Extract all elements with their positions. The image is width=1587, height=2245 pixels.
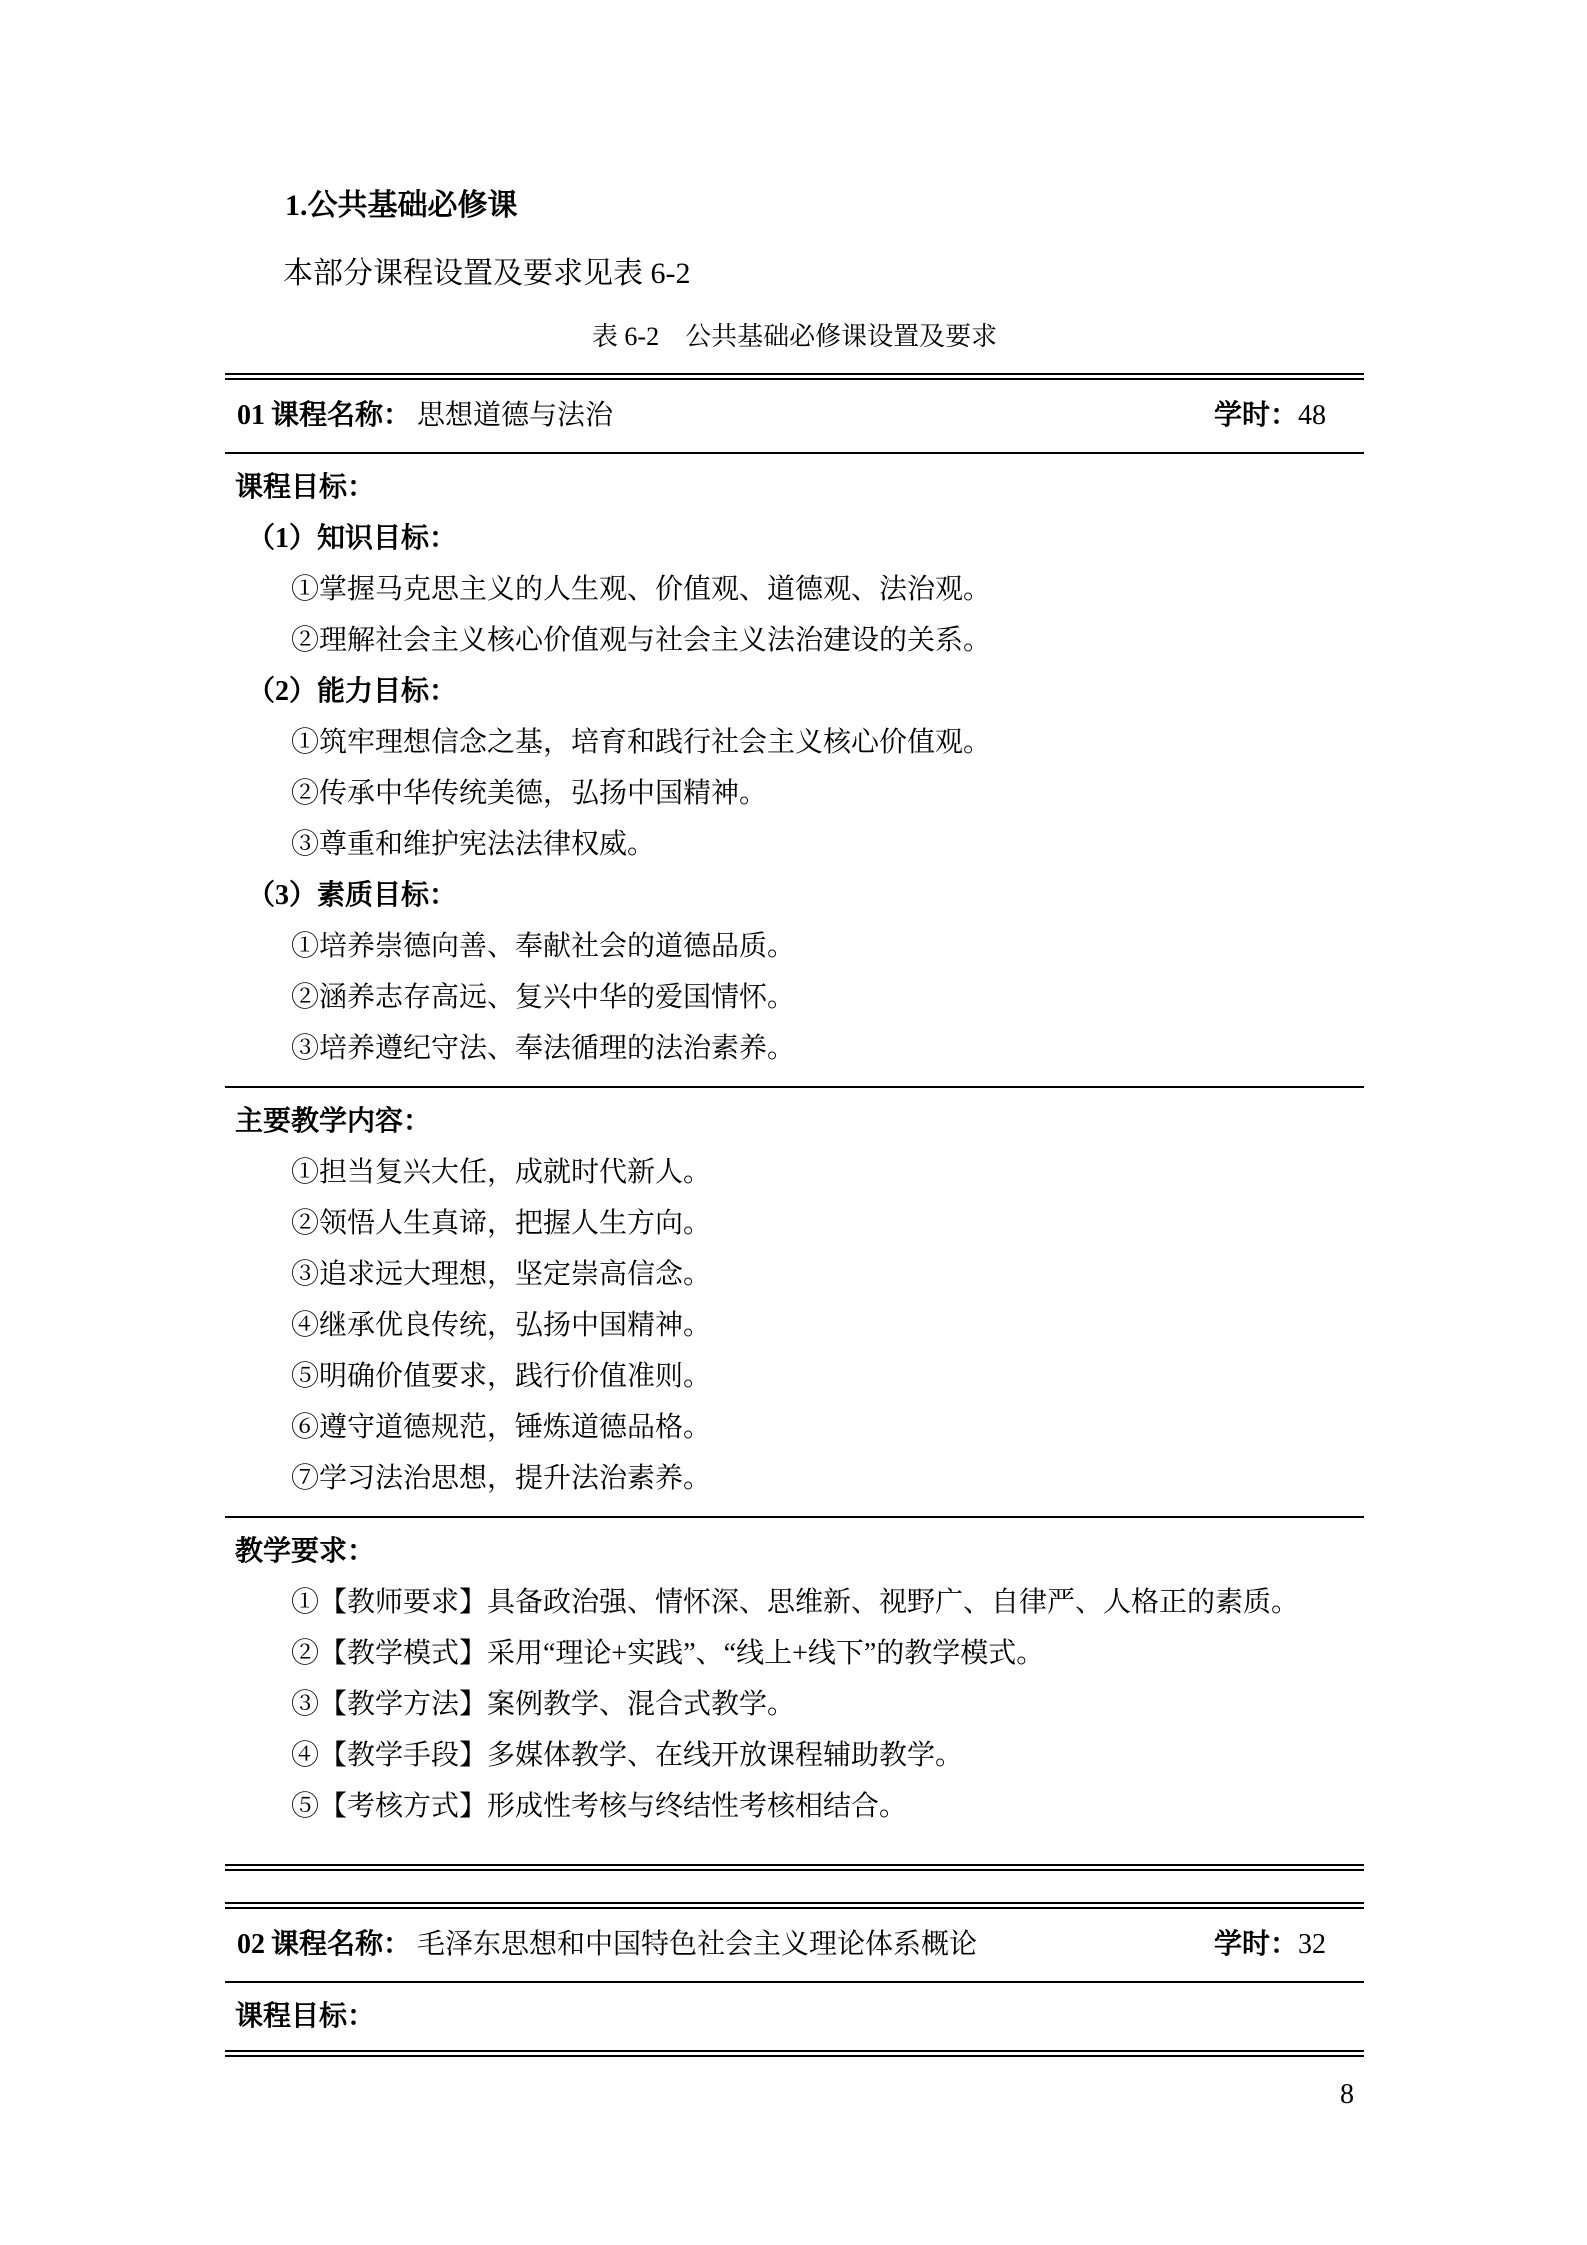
list-item: ②领悟人生真谛，把握人生方向。 xyxy=(225,1198,1364,1249)
section-heading: 1.公共基础必修课 xyxy=(285,186,518,226)
hours-value: 48 xyxy=(1298,400,1326,431)
list-item: ①掌握马克思主义的人生观、价值观、道德观、法治观。 xyxy=(225,564,1364,615)
course-title: 02课程名称：毛泽东思想和中国特色社会主义理论体系概论 xyxy=(237,1924,983,1966)
document-page: 1.公共基础必修课 本部分课程设置及要求见表 6-2 表 6-2 公共基础必修课… xyxy=(0,0,1587,2245)
list-item: ②理解社会主义核心价值观与社会主义法治建设的关系。 xyxy=(225,615,1364,666)
course-name: 毛泽东思想和中国特色社会主义理论体系概论 xyxy=(417,1929,977,1960)
content-section: 主要教学内容： ①担当复兴大任，成就时代新人。②领悟人生真谛，把握人生方向。③追… xyxy=(225,1088,1364,1516)
objective-group-title: （2）能力目标： xyxy=(225,666,1364,717)
list-item: ②【教学模式】采用“理论+实践”、“线上+线下”的教学模式。 xyxy=(225,1628,1364,1679)
objective-group-title: （1）知识目标： xyxy=(225,513,1364,564)
objectives-title: 课程目标： xyxy=(225,1991,1364,2042)
course-name-label: 课程名称： xyxy=(271,1929,411,1960)
objective-groups: （1）知识目标：①掌握马克思主义的人生观、价值观、道德观、法治观。②理解社会主义… xyxy=(225,513,1364,1074)
list-item: ①【教师要求】具备政治强、情怀深、思维新、视野广、自律严、人格正的素质。 xyxy=(225,1577,1364,1628)
course-header-row: 02课程名称：毛泽东思想和中国特色社会主义理论体系概论 学时：32 xyxy=(225,1909,1364,1981)
course-hours: 学时：48 xyxy=(1214,395,1326,437)
table-caption: 表 6-2 公共基础必修课设置及要求 xyxy=(225,320,1364,354)
requirements-title: 教学要求： xyxy=(225,1526,1364,1577)
list-item: ②传承中华传统美德，弘扬中国精神。 xyxy=(225,768,1364,819)
list-item: ③尊重和维护宪法法律权威。 xyxy=(225,819,1364,870)
table-top-border xyxy=(225,373,1364,380)
content-items: ①担当复兴大任，成就时代新人。②领悟人生真谛，把握人生方向。③追求远大理想，坚定… xyxy=(225,1147,1364,1504)
requirement-items: ①【教师要求】具备政治强、情怀深、思维新、视野广、自律严、人格正的素质。②【教学… xyxy=(225,1577,1364,1832)
objective-group: （3）素质目标：①培养崇德向善、奉献社会的道德品质。②涵养志存高远、复兴中华的爱… xyxy=(225,870,1364,1074)
table-bottom-border xyxy=(225,1864,1364,1871)
list-item: ⑥遵守道德规范，锤炼道德品格。 xyxy=(225,1402,1364,1453)
course-header-row: 01课程名称：思想道德与法治 学时：48 xyxy=(225,380,1364,452)
course-hours: 学时：32 xyxy=(1214,1924,1326,1966)
course-number: 02 xyxy=(237,1929,265,1960)
objectives-title: 课程目标： xyxy=(225,462,1364,513)
list-item: ③追求远大理想，坚定崇高信念。 xyxy=(225,1249,1364,1300)
intro-paragraph: 本部分课程设置及要求见表 6-2 xyxy=(283,254,691,294)
list-item: ⑤明确价值要求，践行价值准则。 xyxy=(225,1351,1364,1402)
list-item: ②涵养志存高远、复兴中华的爱国情怀。 xyxy=(225,972,1364,1023)
list-item: ①培养崇德向善、奉献社会的道德品质。 xyxy=(225,921,1364,972)
course-table-02: 02课程名称：毛泽东思想和中国特色社会主义理论体系概论 学时：32 课程目标： xyxy=(225,1902,1364,2057)
hours-value: 32 xyxy=(1298,1929,1326,1960)
course-name: 思想道德与法治 xyxy=(417,400,613,431)
list-item: ①筑牢理想信念之基，培育和践行社会主义核心价值观。 xyxy=(225,717,1364,768)
list-item: ⑦学习法治思想，提升法治素养。 xyxy=(225,1453,1364,1504)
table-bottom-border xyxy=(225,2050,1364,2057)
objective-group: （2）能力目标：①筑牢理想信念之基，培育和践行社会主义核心价值观。②传承中华传统… xyxy=(225,666,1364,870)
list-item: ①担当复兴大任，成就时代新人。 xyxy=(225,1147,1364,1198)
hours-label: 学时： xyxy=(1214,1929,1298,1960)
course-number: 01 xyxy=(237,400,265,431)
page-number: 8 xyxy=(1340,2078,1354,2112)
list-item: ④【教学手段】多媒体教学、在线开放课程辅助教学。 xyxy=(225,1730,1364,1781)
course-table-01: 01课程名称：思想道德与法治 学时：48 课程目标： （1）知识目标：①掌握马克… xyxy=(225,373,1364,1871)
requirements-section: 教学要求： ①【教师要求】具备政治强、情怀深、思维新、视野广、自律严、人格正的素… xyxy=(225,1518,1364,1864)
objectives-section: 课程目标： xyxy=(225,1983,1364,2050)
objective-group-title: （3）素质目标： xyxy=(225,870,1364,921)
objectives-section: 课程目标： （1）知识目标：①掌握马克思主义的人生观、价值观、道德观、法治观。②… xyxy=(225,454,1364,1086)
content-title: 主要教学内容： xyxy=(225,1096,1364,1147)
course-name-label: 课程名称： xyxy=(271,400,411,431)
list-item: ④继承优良传统，弘扬中国精神。 xyxy=(225,1300,1364,1351)
objective-group: （1）知识目标：①掌握马克思主义的人生观、价值观、道德观、法治观。②理解社会主义… xyxy=(225,513,1364,666)
list-item: ③【教学方法】案例教学、混合式教学。 xyxy=(225,1679,1364,1730)
list-item: ③培养遵纪守法、奉法循理的法治素养。 xyxy=(225,1023,1364,1074)
list-item: ⑤【考核方式】形成性考核与终结性考核相结合。 xyxy=(225,1781,1364,1832)
hours-label: 学时： xyxy=(1214,400,1298,431)
course-title: 01课程名称：思想道德与法治 xyxy=(237,395,619,437)
table-top-border xyxy=(225,1902,1364,1909)
